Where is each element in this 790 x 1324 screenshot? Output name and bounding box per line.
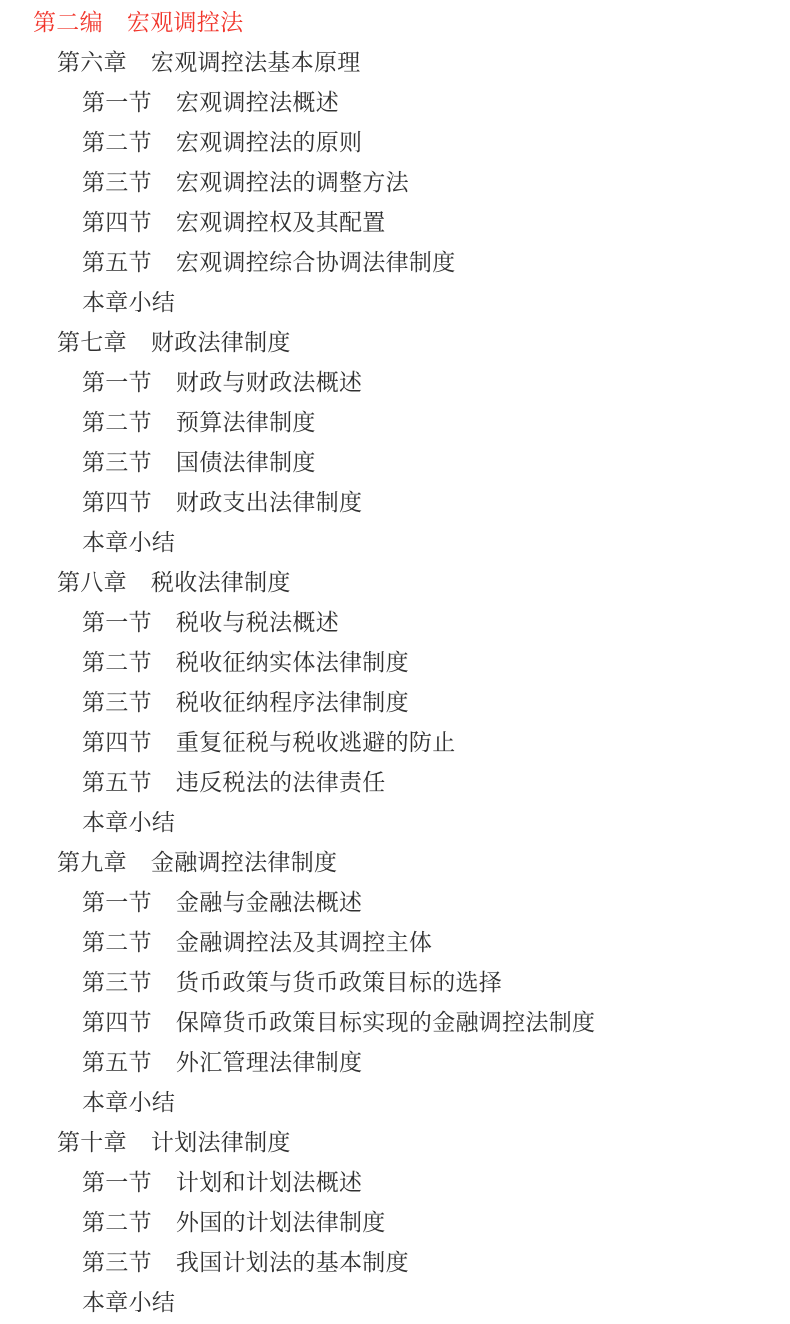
toc-summary-entry: 本章小结	[0, 802, 790, 842]
toc-entry-title: 宏观调控法基本原理	[151, 49, 361, 75]
toc-entry-number: 第四节	[82, 209, 152, 235]
toc-section-entry: 第一节宏观调控法概述	[0, 82, 790, 122]
toc-summary-entry: 本章小结	[0, 522, 790, 562]
toc-entry-title: 保障货币政策目标实现的金融调控法制度	[176, 1009, 595, 1035]
toc-entry-number: 第一节	[82, 89, 152, 115]
toc-entry-title: 本章小结	[82, 289, 175, 315]
toc-summary-entry: 本章小结	[0, 1082, 790, 1122]
toc-entry-title: 计划法律制度	[151, 1129, 291, 1155]
toc-entry-title: 宏观调控权及其配置	[176, 209, 386, 235]
table-of-contents: 第二编宏观调控法第六章宏观调控法基本原理第一节宏观调控法概述第二节宏观调控法的原…	[0, 0, 790, 1324]
toc-entry-number: 第一节	[82, 369, 152, 395]
toc-chapter-entry: 第八章税收法律制度	[0, 562, 790, 602]
toc-chapter-entry: 第九章金融调控法律制度	[0, 842, 790, 882]
toc-entry-title: 税收征纳程序法律制度	[176, 689, 409, 715]
toc-section-entry: 第五节外汇管理法律制度	[0, 1042, 790, 1082]
toc-entry-title: 财政支出法律制度	[176, 489, 362, 515]
toc-entry-title: 本章小结	[82, 529, 175, 555]
toc-entry-number: 第一节	[82, 1169, 152, 1195]
toc-entry-title: 本章小结	[82, 809, 175, 835]
toc-entry-number: 第五节	[82, 769, 152, 795]
toc-entry-number: 第三节	[82, 969, 152, 995]
toc-entry-number: 第三节	[82, 689, 152, 715]
toc-entry-title: 财政与财政法概述	[176, 369, 362, 395]
toc-entry-title: 金融调控法律制度	[151, 849, 337, 875]
toc-entry-number: 第八章	[57, 569, 127, 595]
toc-entry-number: 第三节	[82, 169, 152, 195]
toc-entry-title: 金融与金融法概述	[176, 889, 362, 915]
toc-section-entry: 第二节税收征纳实体法律制度	[0, 642, 790, 682]
toc-entry-title: 宏观调控法概述	[176, 89, 339, 115]
toc-entry-title: 外国的计划法律制度	[176, 1209, 386, 1235]
toc-section-entry: 第一节计划和计划法概述	[0, 1162, 790, 1202]
toc-summary-entry: 本章小结	[0, 282, 790, 322]
toc-section-entry: 第三节货币政策与货币政策目标的选择	[0, 962, 790, 1002]
toc-entry-title: 外汇管理法律制度	[176, 1049, 362, 1075]
toc-section-entry: 第四节保障货币政策目标实现的金融调控法制度	[0, 1002, 790, 1042]
toc-section-entry: 第三节我国计划法的基本制度	[0, 1242, 790, 1282]
toc-section-entry: 第一节金融与金融法概述	[0, 882, 790, 922]
toc-entry-number: 第一节	[82, 609, 152, 635]
toc-entry-number: 第二节	[82, 649, 152, 675]
toc-section-entry: 第四节宏观调控权及其配置	[0, 202, 790, 242]
toc-entry-title: 货币政策与货币政策目标的选择	[176, 969, 502, 995]
toc-entry-number: 第三节	[82, 1249, 152, 1275]
toc-entry-title: 宏观调控法的调整方法	[176, 169, 409, 195]
toc-entry-number: 第五节	[82, 249, 152, 275]
toc-entry-number: 第五节	[82, 1049, 152, 1075]
toc-entry-title: 宏观调控综合协调法律制度	[176, 249, 456, 275]
toc-entry-number: 第七章	[57, 329, 127, 355]
toc-chapter-entry: 第六章宏观调控法基本原理	[0, 42, 790, 82]
toc-entry-number: 第一节	[82, 889, 152, 915]
toc-entry-title: 违反税法的法律责任	[176, 769, 386, 795]
toc-entry-number: 第四节	[82, 489, 152, 515]
toc-entry-title: 计划和计划法概述	[176, 1169, 362, 1195]
toc-entry-number: 第四节	[82, 729, 152, 755]
toc-section-entry: 第五节违反税法的法律责任	[0, 762, 790, 802]
toc-entry-title: 税收征纳实体法律制度	[176, 649, 409, 675]
toc-section-entry: 第四节重复征税与税收逃避的防止	[0, 722, 790, 762]
toc-chapter-entry: 第七章财政法律制度	[0, 322, 790, 362]
toc-entry-title: 本章小结	[82, 1089, 175, 1115]
toc-section-entry: 第五节宏观调控综合协调法律制度	[0, 242, 790, 282]
toc-entry-number: 第四节	[82, 1009, 152, 1035]
toc-section-entry: 第二节外国的计划法律制度	[0, 1202, 790, 1242]
toc-part-entry: 第二编宏观调控法	[0, 2, 790, 42]
toc-page: { "page": { "colors": { "accent_red": "#…	[0, 0, 790, 1324]
toc-section-entry: 第一节财政与财政法概述	[0, 362, 790, 402]
toc-summary-entry: 本章小结	[0, 1282, 790, 1322]
toc-entry-title: 税收法律制度	[151, 569, 291, 595]
toc-entry-number: 第三节	[82, 449, 152, 475]
toc-section-entry: 第二节预算法律制度	[0, 402, 790, 442]
toc-entry-number: 第十章	[57, 1129, 127, 1155]
toc-entry-title: 财政法律制度	[151, 329, 291, 355]
toc-entry-title: 税收与税法概述	[176, 609, 339, 635]
toc-entry-title: 本章小结	[82, 1289, 175, 1315]
toc-section-entry: 第二节金融调控法及其调控主体	[0, 922, 790, 962]
toc-entry-title: 宏观调控法的原则	[176, 129, 362, 155]
toc-section-entry: 第三节税收征纳程序法律制度	[0, 682, 790, 722]
toc-chapter-entry: 第十章计划法律制度	[0, 1122, 790, 1162]
toc-entry-number: 第六章	[57, 49, 127, 75]
toc-section-entry: 第二节宏观调控法的原则	[0, 122, 790, 162]
toc-entry-number: 第二编	[33, 9, 103, 35]
toc-entry-title: 预算法律制度	[176, 409, 316, 435]
toc-section-entry: 第一节税收与税法概述	[0, 602, 790, 642]
toc-entry-title: 重复征税与税收逃避的防止	[176, 729, 456, 755]
toc-section-entry: 第三节宏观调控法的调整方法	[0, 162, 790, 202]
toc-entry-title: 国债法律制度	[176, 449, 316, 475]
toc-section-entry: 第四节财政支出法律制度	[0, 482, 790, 522]
toc-entry-title: 我国计划法的基本制度	[176, 1249, 409, 1275]
toc-entry-title: 宏观调控法	[127, 9, 244, 35]
toc-entry-number: 第二节	[82, 1209, 152, 1235]
toc-section-entry: 第三节国债法律制度	[0, 442, 790, 482]
toc-entry-number: 第二节	[82, 409, 152, 435]
toc-entry-number: 第二节	[82, 929, 152, 955]
toc-entry-number: 第九章	[57, 849, 127, 875]
toc-entry-title: 金融调控法及其调控主体	[176, 929, 432, 955]
toc-entry-number: 第二节	[82, 129, 152, 155]
